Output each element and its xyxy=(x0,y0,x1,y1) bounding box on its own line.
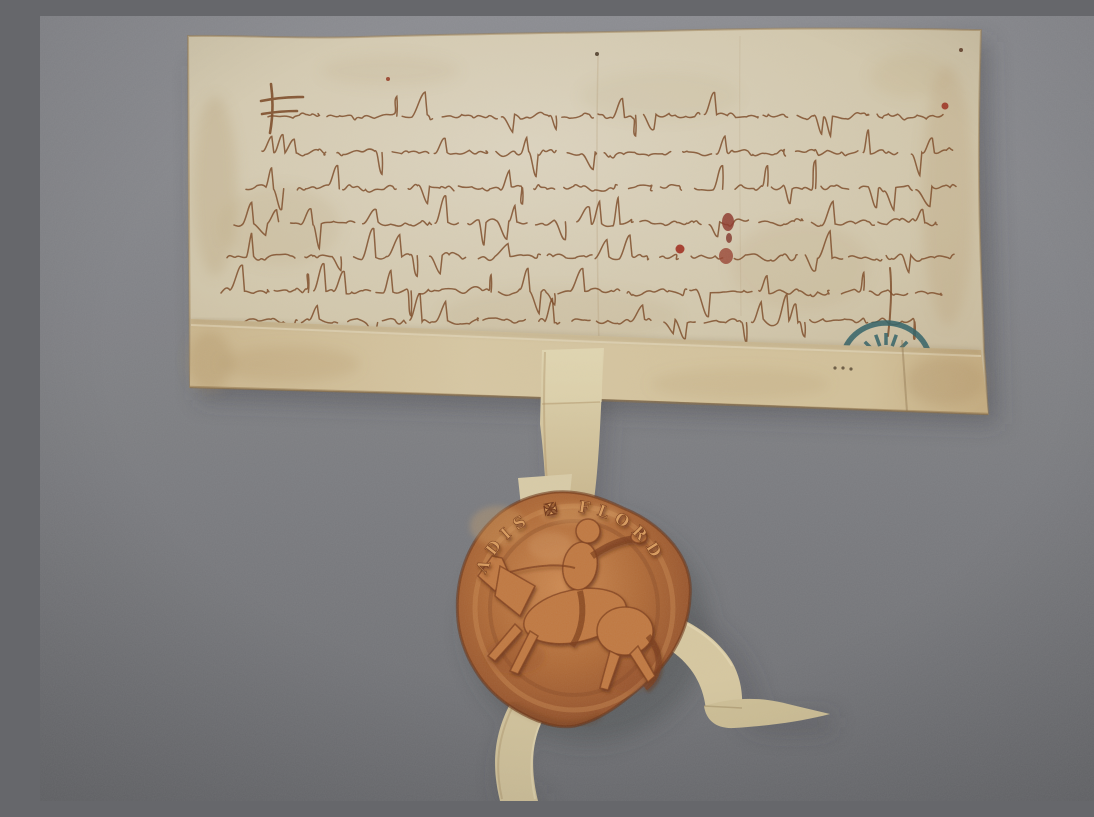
charter-photograph: ΛDIS ✠ FLORD xyxy=(40,16,1094,801)
photo-grain xyxy=(40,16,1094,801)
